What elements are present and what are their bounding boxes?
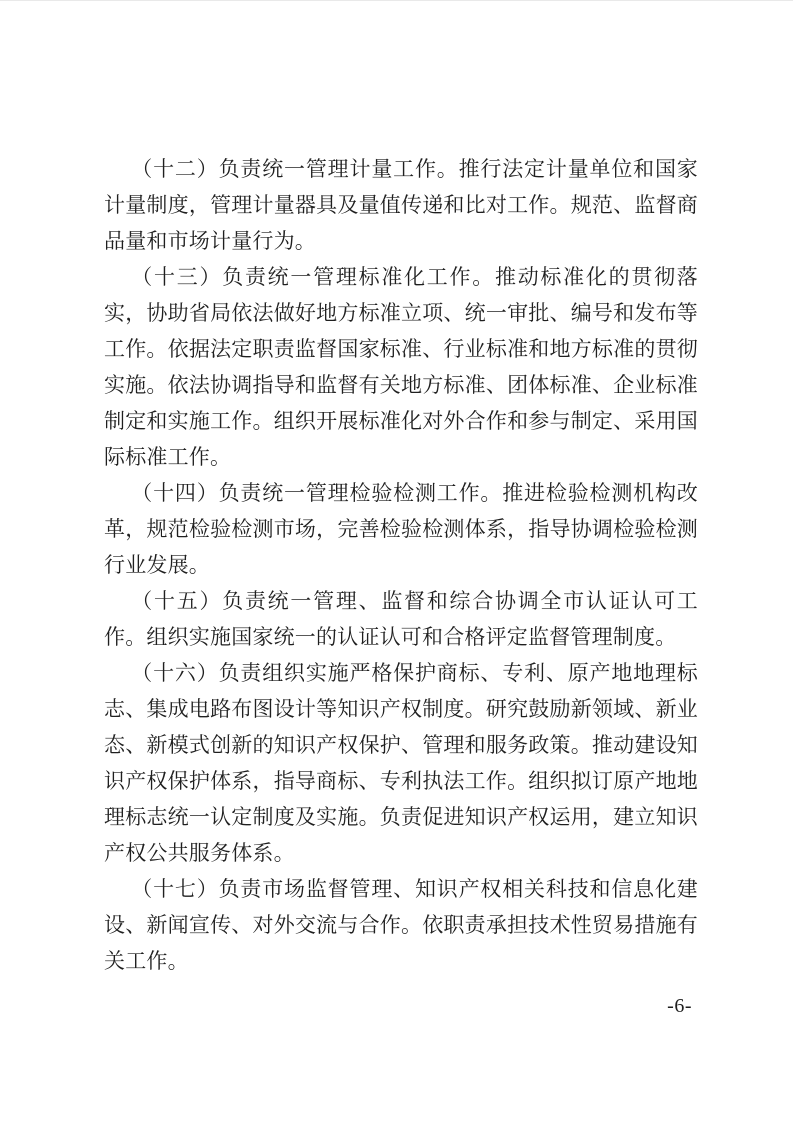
paragraph: （十三）负责统一管理标准化工作。推动标准化的贯彻落实，协助省局依法做好地方标准立…: [104, 259, 698, 475]
paragraph: （十五）负责统一管理、监督和综合协调全市认证认可工作。组织实施国家统一的认证认可…: [104, 583, 698, 655]
paragraph: （十六）负责组织实施严格保护商标、专利、原产地地理标志、集成电路布图设计等知识产…: [104, 655, 698, 871]
page-number: -6-: [667, 994, 692, 1018]
document-body: （十二）负责统一管理计量工作。推行法定计量单位和国家计量制度，管理计量器具及量值…: [104, 151, 698, 979]
paragraph: （十四）负责统一管理检验检测工作。推进检验检测机构改革，规范检验检测市场，完善检…: [104, 475, 698, 583]
paragraph: （十七）负责市场监督管理、知识产权相关科技和信息化建设、新闻宣传、对外交流与合作…: [104, 871, 698, 979]
paragraph: （十二）负责统一管理计量工作。推行法定计量单位和国家计量制度，管理计量器具及量值…: [104, 151, 698, 259]
document-page: （十二）负责统一管理计量工作。推行法定计量单位和国家计量制度，管理计量器具及量值…: [0, 0, 793, 1122]
